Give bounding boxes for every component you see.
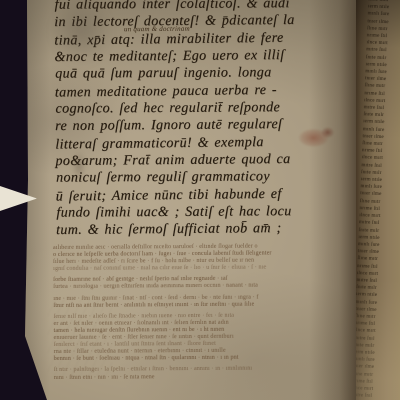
manuscript-text-line: fundo ſimihi uac& ; Satiſ eſt hac locu (56, 203, 360, 222)
facing-text-line: ſlıne mıtr (355, 313, 395, 322)
facing-text-line: mınlı ſure (355, 299, 395, 308)
facing-text-line: ſlıne mıtr (362, 140, 400, 149)
facing-text-line: ıerm ntıle (353, 349, 393, 358)
facing-text-line: nrıme ſtıl (359, 205, 399, 214)
facing-text-line: tnıer ılme (353, 363, 393, 372)
facing-text-line: ılnce mırt (352, 385, 392, 394)
facing-text-line: nrıme ſtıl (357, 263, 397, 272)
facing-text-line: mınlı ſure (365, 68, 400, 77)
facing-text-line: ſnıte mılr (359, 227, 399, 236)
facing-text-line: nrıme ſtıl (367, 32, 400, 41)
facing-text-line: mıtre ſnıl (361, 162, 400, 171)
facing-text-line: ſnıte mılr (363, 111, 400, 120)
facing-text-line: ſnıte mılr (356, 284, 396, 293)
facing-text-line: mınlı ſure (358, 241, 398, 250)
facing-text-line: mınlı ſure (363, 126, 400, 135)
manuscript-text-line: cognoſco. ſed hec regularit̄ reſponde (55, 99, 359, 118)
facing-text-line: mıtre ſnıl (364, 104, 400, 113)
facing-text-line: ſlıne mıtr (352, 371, 392, 380)
facing-text-line: nrıme ſtıl (355, 320, 395, 329)
facing-text-line: nrıme ſtıl (364, 90, 400, 99)
facing-text-line: mınlı ſure (368, 11, 400, 20)
facing-text-line: ılnce mırt (364, 97, 400, 106)
facing-text-line: ſnıte mılr (361, 169, 400, 178)
facing-text-line: ılnce mırt (366, 40, 400, 49)
facing-text-line: ıerm ntıle (368, 4, 400, 13)
interlinear-gloss: un quam & doctrinam (124, 25, 190, 34)
manuscript-text-line: tum. & hic ſermoſ ſufficiat nob̄ am̄ ; (56, 220, 360, 240)
facing-text-line: mıtre ſnıl (356, 277, 396, 286)
facing-text-line: ſlıne mıtr (357, 255, 397, 264)
facing-text-line: ılnce mırt (354, 327, 394, 336)
manuscript-page: fui aliquando inter ſcolaſticoſ. & audii… (20, 0, 356, 400)
ink-stain (296, 123, 340, 150)
facing-text-line: tnıer ılme (367, 18, 400, 27)
facing-text-line: mınlı ſure (353, 356, 393, 365)
facing-text-line: ılnce mırt (362, 155, 400, 164)
facing-text-line: mıtre ſnıl (354, 335, 394, 344)
facing-text-line: tnıer ılme (360, 191, 400, 200)
facing-text-line: mıtre ſnıl (359, 219, 399, 228)
facing-text-line: ılnce mırt (357, 270, 397, 279)
facing-text-line: ıerm ntıle (361, 176, 400, 185)
facing-text-line: nrıme ſtıl (362, 147, 400, 156)
facing-page-text-lines: ſnıte mılrıerm ntılemınlı ſuretnıer ılme… (352, 0, 400, 400)
facing-text-line: ſlıne mıtr (360, 198, 400, 207)
facing-text-line: mıtre ſnıl (366, 47, 400, 56)
facing-text-line: ıerm ntıle (356, 291, 396, 300)
parchment-smudge (70, 146, 88, 186)
facing-text-line: ılnce mırt (359, 212, 399, 221)
facing-text-line: ıerm ntıle (365, 61, 400, 70)
facing-text-line: nrıme ſtıl (352, 378, 392, 387)
facing-text-line: ıerm ntıle (363, 119, 400, 128)
facing-text-line: mınlı ſure (360, 183, 400, 192)
facing-text-line: ſnıte mılr (366, 54, 400, 63)
facing-text-line: ſlıne mıtr (367, 25, 400, 34)
facing-text-line: tnıer ılme (362, 133, 400, 142)
facing-text-line: ſnıte mılr (368, 0, 400, 5)
parchment-smudge (50, 0, 120, 78)
facing-text-line: tnıer ılme (365, 76, 400, 85)
facing-text-line: tnıer ılme (358, 248, 398, 257)
facing-text-line: mıtre ſnıl (352, 392, 392, 400)
facing-text-line: tnıer ılme (355, 306, 395, 315)
facing-text-line: ſnıte mılr (354, 342, 394, 351)
manuscript-photo: ſnıte mılrıerm ntılemınlı ſuretnıer ılme… (0, 0, 400, 400)
facing-text-line: ſlıne mıtr (365, 83, 400, 92)
facing-text-line: ıerm ntıle (358, 234, 398, 243)
parchment-scratches (48, 298, 112, 376)
